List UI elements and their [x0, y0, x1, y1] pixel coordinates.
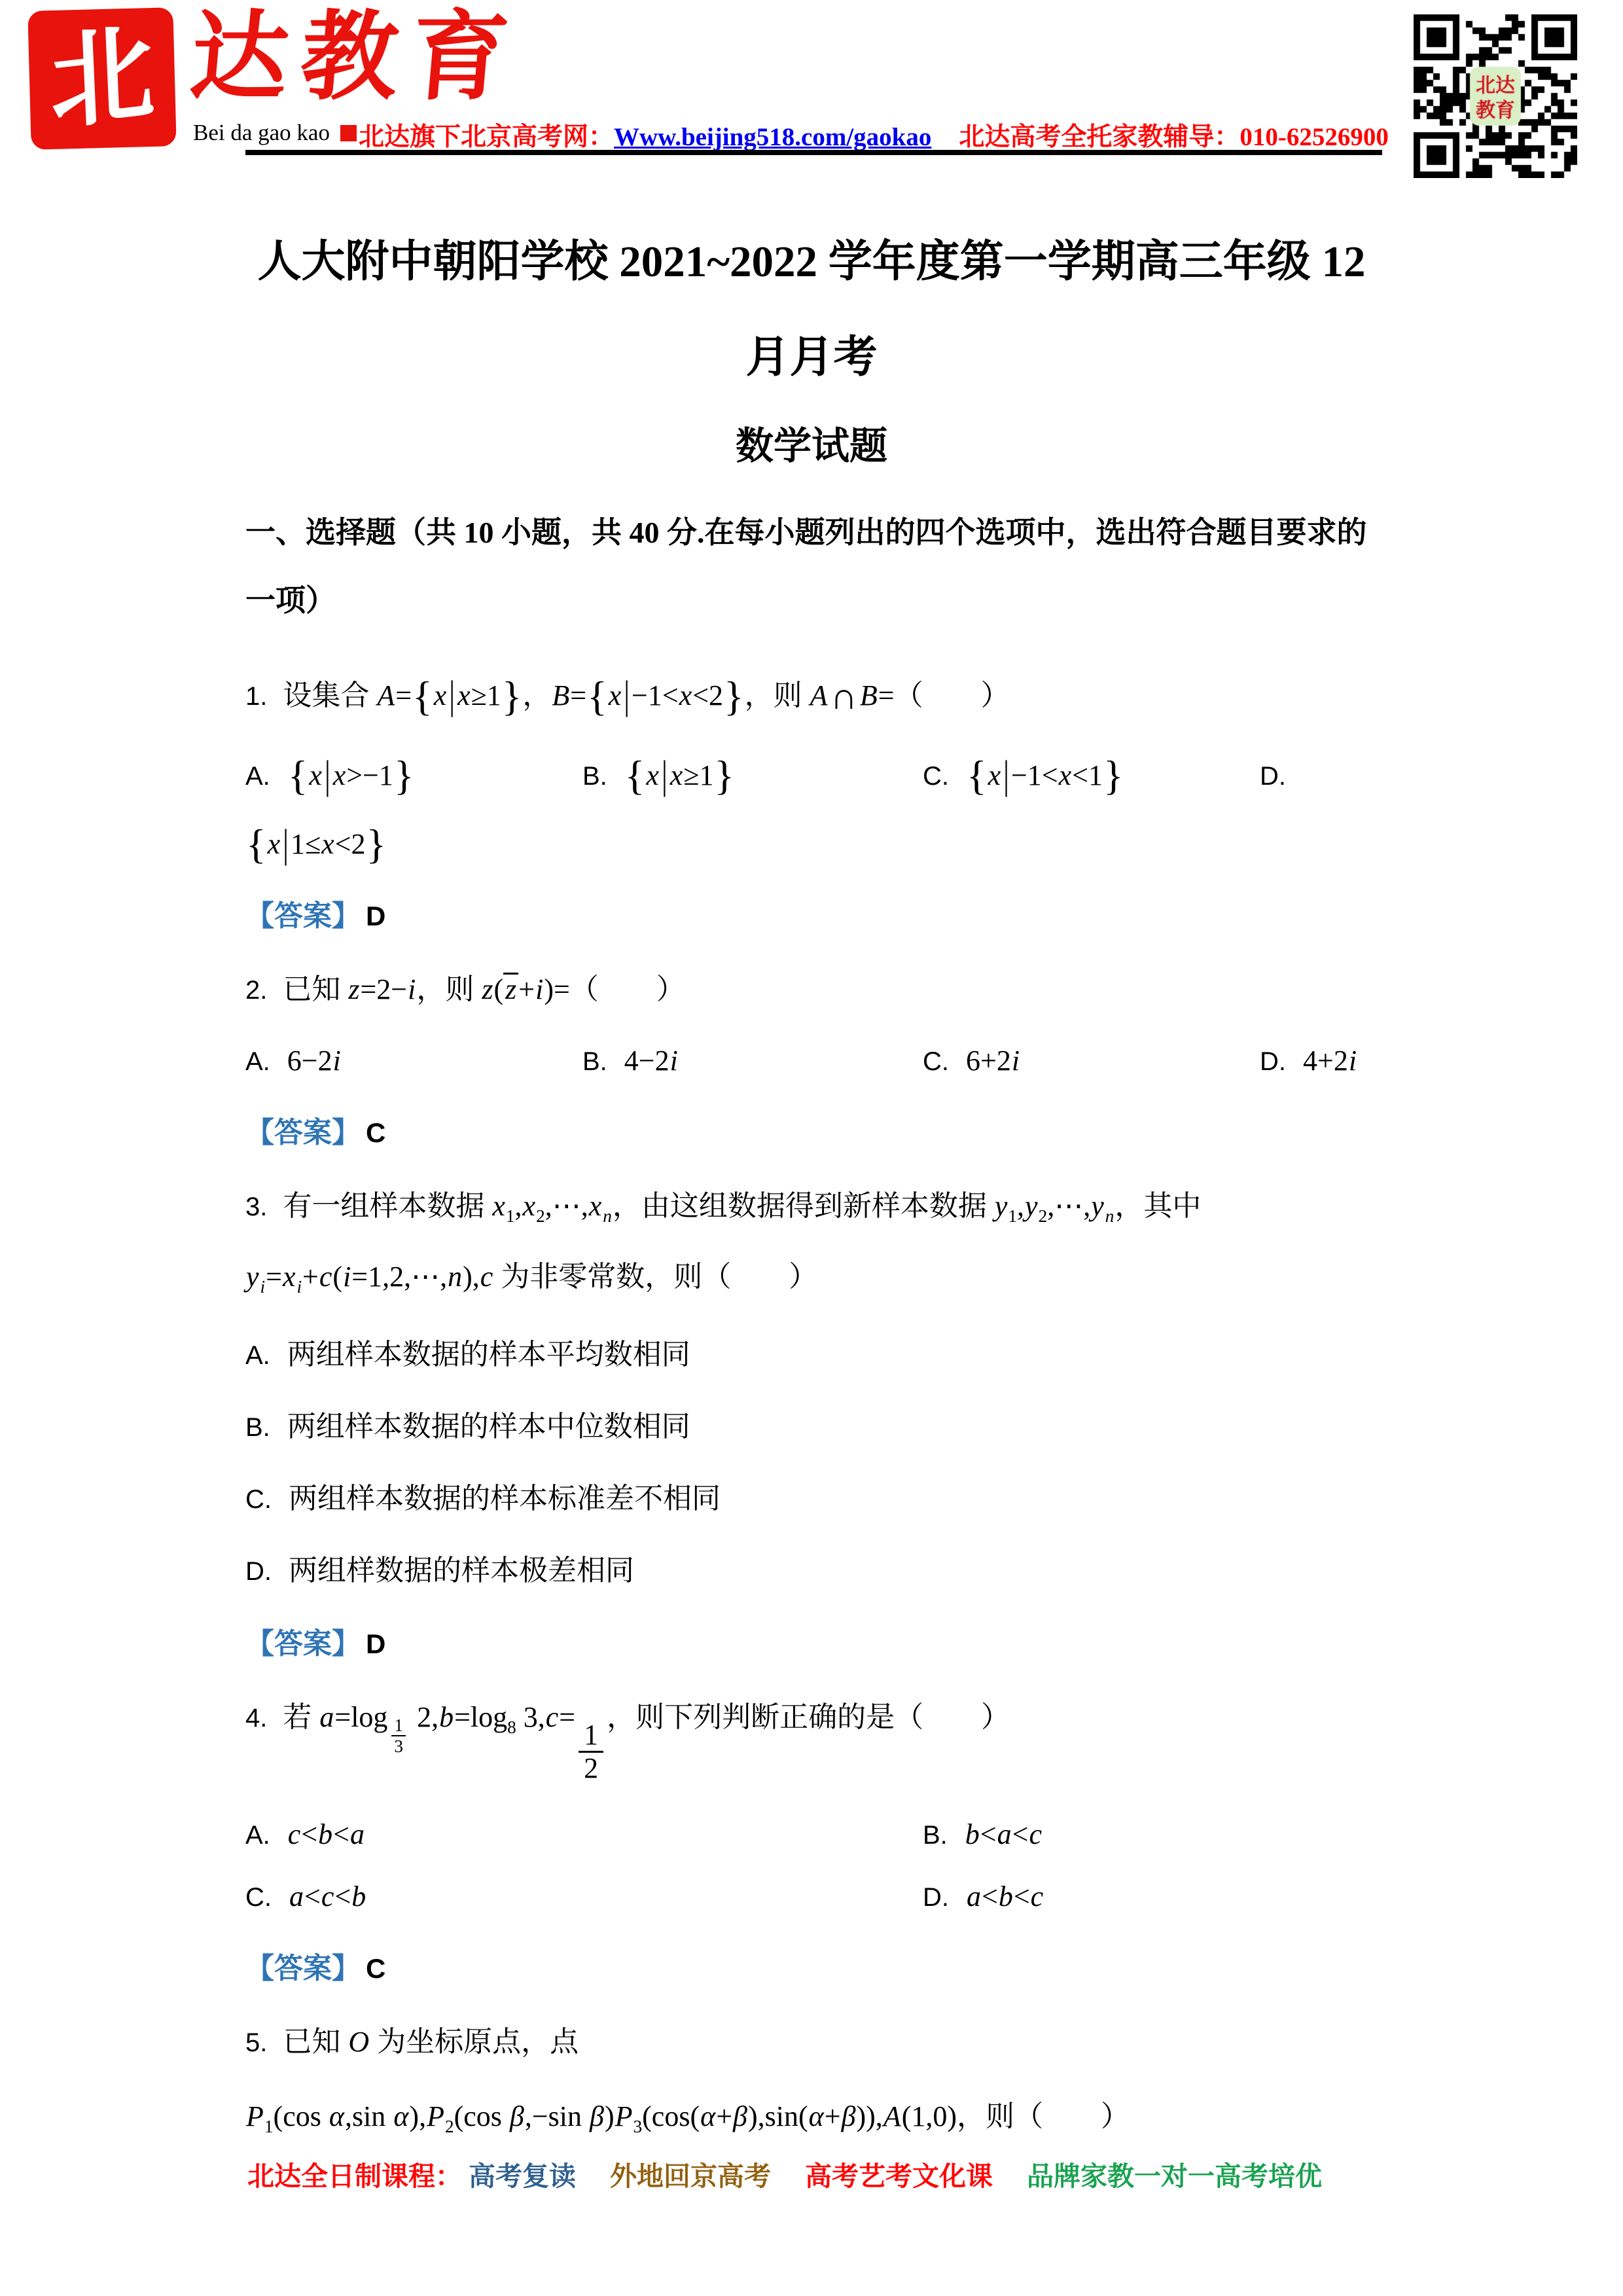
exam-title-line1: 人大附中朝阳学校 2021~2022 学年度第一学期高三年级 12: [0, 226, 1623, 289]
option-1d: D.: [1260, 759, 1394, 792]
answer-3: 【答案】D: [245, 1620, 1394, 1662]
phone-number: 010-62526900: [1240, 123, 1389, 151]
footer-label: 北达全日制课程：: [247, 2161, 462, 2191]
header-links-line: 北达旗下北京高考网：Www.beijing518.com/gaokao北达高考全…: [359, 117, 1389, 153]
option-1a: A.{x|x>−1}: [245, 759, 582, 792]
exam-title-line2: 月月考: [0, 322, 1623, 385]
section-heading: 一、选择题（共 10 小题，共 40 分.在每小题列出的四个选项中，选出符合题目…: [245, 499, 1394, 634]
answer-1-letter: D: [366, 901, 385, 931]
answer-1: 【答案】D: [245, 892, 1394, 934]
question-1-stem: 设集合 A={x|x≥1}，B={x|−1<x<2}，则 A∩B=（ ）: [283, 679, 1009, 711]
site-link[interactable]: Www.beijing518.com/gaokao: [614, 123, 931, 151]
seal-character: 北: [48, 20, 156, 137]
question-2-number: 2.: [245, 976, 267, 1005]
answer-2: 【答案】C: [245, 1109, 1394, 1151]
question-5: 5.已知 O 为坐标原点，点 P1(cos α,sin α),P2(cos β,…: [245, 2019, 1394, 2140]
question-1-options: A.{x|x>−1} B.{x|x≥1} C.{x|−1<x<1} D.: [245, 759, 1394, 792]
exam-body: 一、选择题（共 10 小题，共 40 分.在每小题列出的四个选项中，选出符合题目…: [0, 499, 1623, 2140]
question-4-options: A.c<b<a B.b<a<c C.a<c<b D.a<b<c: [245, 1818, 1394, 1913]
question-3-stem-line1: 有一组样本数据 x1,x2,⋯,xn，由这组数据得到新样本数据 y1,y2,⋯,…: [283, 1190, 1201, 1222]
option-1d-continuation: {x|1≤x<2}: [245, 827, 1394, 861]
brand-calligraphy-text: 达教育: [187, 5, 526, 112]
option-2d: D.4+2i: [1260, 1044, 1394, 1077]
answer-label: 【答案】: [245, 1952, 361, 1984]
question-3-number: 3.: [245, 1193, 267, 1221]
option-2c: C.6+2i: [923, 1044, 1260, 1077]
answer-3-letter: D: [366, 1628, 385, 1659]
option-1b: B.{x|x≥1}: [582, 759, 923, 792]
option-3d: D.两组样数据的样本极差相同: [245, 1547, 1394, 1588]
question-4-stem: 若 a=log13 2,b=log8 3,c=12，则下列判断正确的是（ ）: [283, 1701, 1010, 1733]
question-1-number: 1.: [245, 682, 267, 711]
answer-label: 【答案】: [245, 900, 361, 932]
question-2-stem: 已知 z=2−i，则 z(z+i)=（ ）: [283, 973, 685, 1005]
question-1: 1.设集合 A={x|x≥1}，B={x|−1<x<2}，则 A∩B=（ ） A…: [245, 667, 1394, 934]
brand-romanized: Bei da gao kao: [193, 120, 357, 146]
option-3b: B.两组样本数据的样本中位数相同: [245, 1403, 1394, 1444]
question-2-options: A.6−2i B.4−2i C.6+2i D.4+2i: [245, 1044, 1394, 1077]
option-4c: C.a<c<b: [245, 1880, 923, 1913]
question-4: 4.若 a=log13 2,b=log8 3,c=12，则下列判断正确的是（ ）…: [245, 1695, 1394, 1986]
option-3a: A.两组样本数据的样本平均数相同: [245, 1331, 1394, 1372]
brand-romanized-text: Bei da gao kao: [193, 120, 330, 145]
footer: 北达全日制课程：高考复读外地回京高考高考艺考文化课品牌家教一对一高考培优: [247, 2155, 1322, 2193]
red-square-bullet-icon: [340, 125, 357, 141]
answer-2-letter: C: [366, 1117, 385, 1148]
page: 北 达教育 Bei da gao kao 北达旗下北京高考网：Www.beiji…: [0, 0, 1623, 2296]
question-2: 2.已知 z=2−i，则 z(z+i)=（ ） A.6−2i B.4−2i C.…: [245, 967, 1394, 1151]
footer-item-fudu: 高考复读: [469, 2161, 576, 2191]
tutor-label: 北达高考全托家教辅导：: [959, 123, 1240, 151]
question-3: 3.有一组样本数据 x1,x2,⋯,xn，由这组数据得到新样本数据 y1,y2,…: [245, 1183, 1394, 1662]
footer-item-yikao: 高考艺考文化课: [805, 2161, 993, 2191]
answer-label: 【答案】: [245, 1117, 361, 1149]
option-2b: B.4−2i: [582, 1044, 923, 1077]
answer-4: 【答案】C: [245, 1945, 1394, 1986]
exam-subtitle: 数学试题: [0, 415, 1623, 470]
option-2a: A.6−2i: [245, 1044, 582, 1077]
question-4-number: 4.: [245, 1704, 267, 1732]
option-3c: C.两组样本数据的样本标准差不相同: [245, 1475, 1394, 1516]
qr-code: [1414, 14, 1577, 178]
answer-4-letter: C: [366, 1953, 385, 1984]
header-divider: [245, 150, 1382, 155]
site-label: 北达旗下北京高考网：: [359, 123, 614, 151]
brand-seal-logo: 北: [27, 7, 176, 150]
question-5-stem-line1: 已知 O 为坐标原点，点: [283, 2026, 579, 2058]
option-4d: D.a<b<c: [923, 1880, 1394, 1913]
footer-item-jiajiao: 品牌家教一对一高考培优: [1027, 2161, 1322, 2191]
answer-label: 【答案】: [245, 1628, 361, 1660]
option-1c: C.{x|−1<x<1}: [923, 759, 1260, 792]
option-4b: B.b<a<c: [923, 1818, 1394, 1851]
option-4a: A.c<b<a: [245, 1818, 923, 1851]
question-5-stem-line2: P1(cos α,sin α),P2(cos β,−sin β)P3(cos(α…: [245, 2094, 1394, 2140]
header: 北 达教育 Bei da gao kao 北达旗下北京高考网：Www.beiji…: [0, 0, 1623, 178]
footer-item-huijing: 外地回京高考: [610, 2161, 771, 2191]
question-5-number: 5.: [245, 2028, 267, 2057]
question-3-stem-line2: yi=xi+c(i=1,2,⋯,n),c 为非零常数，则（ ）: [245, 1254, 1394, 1300]
